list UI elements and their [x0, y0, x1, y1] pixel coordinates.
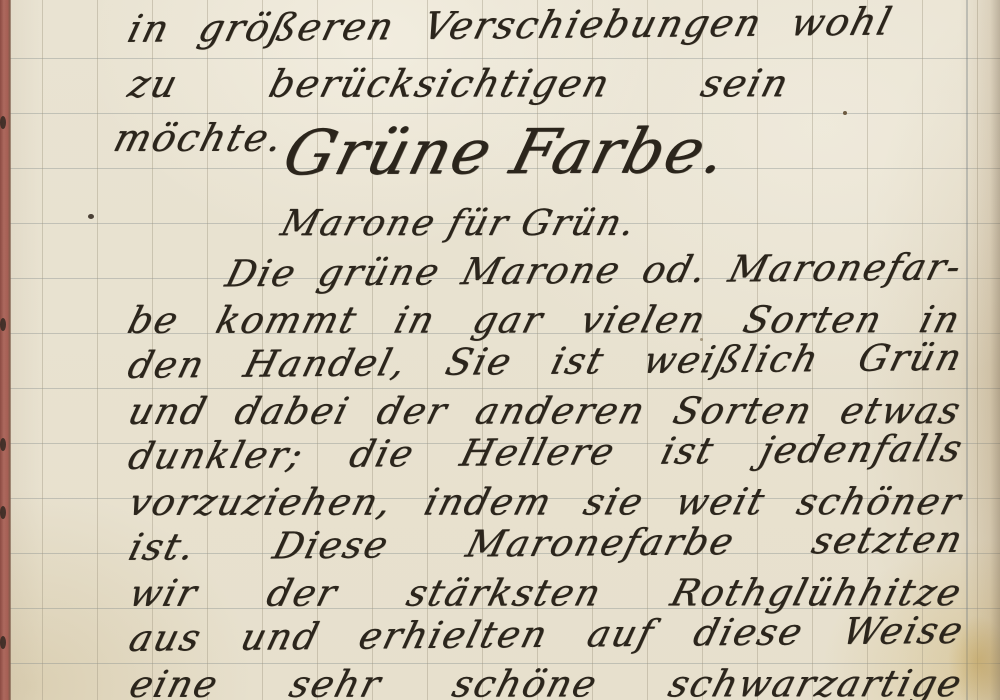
binding-stitch-mark [0, 438, 6, 451]
handwritten-line: in größeren Verschiebungen wohl [122, 0, 899, 57]
section-subheading: Marone für Grün. [275, 203, 983, 252]
handwritten-line: Die grüne Marone od. Maronefar- [221, 244, 968, 297]
binding-stitch-mark [0, 318, 6, 331]
handwritten-line: dunkler; die Hellere ist jedenfalls [124, 426, 969, 480]
handwritten-line: eine sehr schöne schwarzartige gelbliche [125, 661, 968, 700]
handwritten-line: den Handel, Sie ist weißlich Grün [123, 335, 968, 389]
handwritten-line: zu berücksichtigen sein möchte. [122, 56, 796, 112]
handwritten-line: ist. Diese Maronefarbe setzten [124, 517, 969, 571]
handwritten-line: aus und erhielten auf diese Weise [124, 608, 969, 662]
section-heading: Grüne Farbe. [272, 108, 994, 203]
book-binding-edge [0, 0, 11, 700]
binding-stitch-mark [0, 116, 6, 129]
manuscript-page: in größeren Verschiebungen wohl zu berüc… [0, 0, 1000, 700]
handwritten-text-block: in größeren Verschiebungen wohl zu berüc… [121, 0, 972, 700]
binding-stitch-mark [0, 506, 6, 519]
binding-stitch-mark [0, 636, 6, 649]
ink-speck [88, 214, 94, 219]
